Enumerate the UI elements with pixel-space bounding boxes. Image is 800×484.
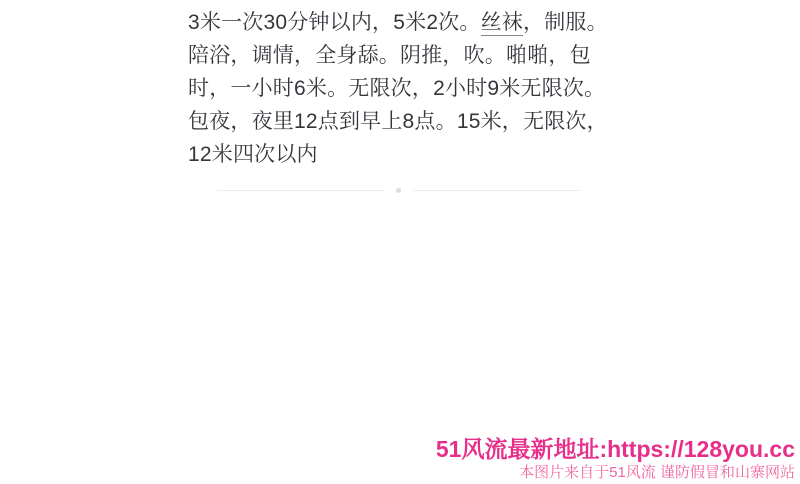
post-line-1-pre: 3米一次30分钟以内，5米2次。 [188, 11, 481, 34]
watermark-site-address: 51风流最新地址:https://128you.cc [436, 437, 795, 462]
divider-dot [396, 188, 401, 193]
post-line-1-underlined-term: 丝袜 [481, 11, 523, 36]
divider-line-right [413, 190, 580, 191]
post-line-3: 时，一小时6米。无限次，2小时9米无限次。 [188, 72, 608, 105]
post-line-5: 12米四次以内 [188, 138, 608, 171]
post-line-1: 3米一次30分钟以内，5米2次。丝袜，制服。 [188, 6, 608, 39]
watermark: 51风流最新地址:https://128you.cc 本图片来自于51风流 谨防… [436, 437, 795, 481]
post-line-1-post: ，制服。 [523, 11, 608, 34]
post-line-2: 陪浴，调情，全身舔。阴推，吹。啪啪，包 [188, 39, 608, 72]
post-line-4: 包夜，夜里12点到早上8点。15米，无限次， [188, 105, 608, 138]
post-text-block: 3米一次30分钟以内，5米2次。丝袜，制服。 陪浴，调情，全身舔。阴推，吹。啪啪… [188, 6, 608, 171]
divider-line-left [217, 190, 384, 191]
watermark-disclaimer: 本图片来自于51风流 谨防假冒和山寨网站 [436, 465, 795, 481]
